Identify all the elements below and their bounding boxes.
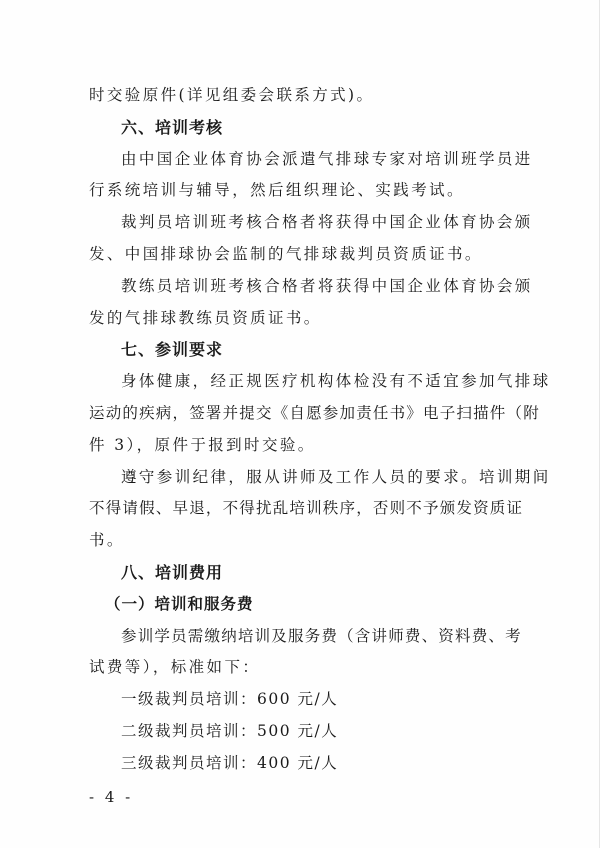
fee-item-level-3: 三级裁判员培训：400 元/人 bbox=[89, 748, 513, 780]
paragraph-line: 由中国企业体育协会派遣气排球专家对培训班学员进 bbox=[89, 144, 513, 176]
paragraph-line: 书。 bbox=[89, 525, 513, 557]
paragraph-line: 行系统培训与辅导，然后组织理论、实践考试。 bbox=[89, 175, 513, 207]
paragraph-line: 不得请假、早退，不得扰乱培训秩序，否则不予颁发资质证 bbox=[89, 493, 513, 525]
fee-item-level-2: 二级裁判员培训：500 元/人 bbox=[89, 716, 513, 748]
paragraph-line: 教练员培训班考核合格者将获得中国企业体育协会颁 bbox=[89, 271, 513, 303]
paragraph-line: 运动的疾病，签署并提交《自愿参加责任书》电子扫描件（附 bbox=[89, 398, 513, 430]
fee-item-level-1: 一级裁判员培训：600 元/人 bbox=[89, 684, 513, 716]
paragraph-line: 时交验原件(详见组委会联系方式)。 bbox=[89, 80, 513, 112]
paragraph-line: 试费等），标准如下： bbox=[89, 652, 513, 684]
page-number: - 4 - bbox=[89, 788, 133, 806]
section-heading-7: 七、参训要求 bbox=[89, 334, 513, 366]
paragraph-line: 遵守参训纪律，服从讲师及工作人员的要求。培训期间 bbox=[89, 462, 513, 494]
section-heading-6: 六、培训考核 bbox=[89, 112, 513, 144]
paragraph-line: 件 3），原件于报到时交验。 bbox=[89, 430, 513, 462]
paragraph-line: 发的气排球教练员资质证书。 bbox=[89, 303, 513, 335]
paragraph-line: 参训学员需缴纳培训及服务费（含讲师费、资料费、考 bbox=[89, 621, 513, 653]
document-body: 时交验原件(详见组委会联系方式)。 六、培训考核 由中国企业体育协会派遣气排球专… bbox=[89, 80, 513, 780]
paragraph-line: 发、中国排球协会监制的气排球裁判员资质证书。 bbox=[89, 239, 513, 271]
document-page: 时交验原件(详见组委会联系方式)。 六、培训考核 由中国企业体育协会派遣气排球专… bbox=[0, 0, 600, 848]
paragraph-line: 裁判员培训班考核合格者将获得中国企业体育协会颁 bbox=[89, 207, 513, 239]
section-heading-8: 八、培训费用 bbox=[89, 557, 513, 589]
subsection-heading-1: （一）培训和服务费 bbox=[89, 589, 513, 621]
paragraph-line: 身体健康，经正规医疗机构体检没有不适宜参加气排球 bbox=[89, 366, 513, 398]
